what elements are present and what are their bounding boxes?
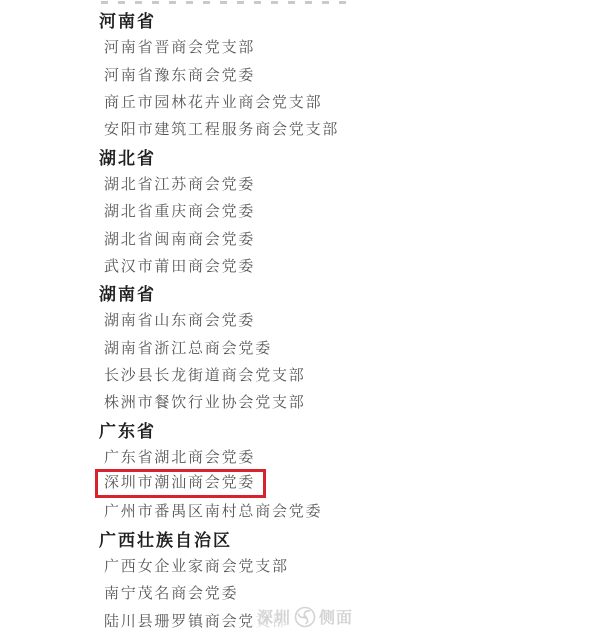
watermark: 深圳 侧面 [252, 603, 358, 630]
entry-text: 株洲市餐饮行业协会党支部 [104, 391, 306, 412]
entry-text: 广西女企业家商会党支部 [104, 555, 289, 576]
list-item: 湖北省重庆商会党委 [99, 197, 600, 224]
entry-text: 长沙县长龙街道商会党支部 [104, 364, 306, 385]
list-item: 深圳市潮汕商会党委 [99, 470, 600, 497]
entry-text: 安阳市建筑工程服务商会党支部 [104, 118, 339, 139]
section-header: 湖北省 [99, 142, 600, 169]
entry-text: 湖北省江苏商会党委 [104, 173, 255, 194]
section-header: 广东省 [99, 415, 600, 442]
entry-text: 河南省豫东商会党委 [104, 64, 255, 85]
section-header: 广西壮族自治区 [99, 525, 600, 552]
entry-text: 湖南省浙江总商会党委 [104, 337, 272, 358]
highlighted-entry: 深圳市潮汕商会党委 [95, 469, 266, 498]
list-item: 湖南省浙江总商会党委 [99, 334, 600, 361]
list-item: 安阳市建筑工程服务商会党支部 [99, 115, 600, 142]
document-page: 河南省河南省晋商会党支部河南省豫东商会党委商丘市园林花卉业商会党支部安阳市建筑工… [0, 0, 600, 636]
list-item: 武汉市莆田商会党委 [99, 252, 600, 279]
list-item: 湖北省闽南商会党委 [99, 224, 600, 251]
list-item: 河南省豫东商会党委 [99, 61, 600, 88]
entry-text: 湖南省山东商会党委 [104, 309, 255, 330]
list-item: 广东省湖北商会党委 [99, 443, 600, 470]
clipped-text-fragment [101, 1, 347, 4]
list-item: 株洲市餐饮行业协会党支部 [99, 388, 600, 415]
entry-text: 武汉市莆田商会党委 [104, 255, 255, 276]
list-item: 长沙县长龙街道商会党支部 [99, 361, 600, 388]
list-item: 湖南省山东商会党委 [99, 306, 600, 333]
list-item: 河南省晋商会党支部 [99, 33, 600, 60]
entry-text: 广东省湖北商会党委 [104, 446, 255, 467]
watermark-right-text: 侧面 [319, 605, 353, 628]
entry-text: 商丘市园林花卉业商会党支部 [104, 91, 322, 112]
list-item: 广州市番禺区南村总商会党委 [99, 497, 600, 524]
section-header: 湖南省 [99, 279, 600, 306]
entry-text: 广州市番禺区南村总商会党委 [104, 500, 322, 521]
entry-text: 河南省晋商会党支部 [104, 36, 255, 57]
entry-text: 湖北省重庆商会党委 [104, 200, 255, 221]
list-item: 商丘市园林花卉业商会党支部 [99, 88, 600, 115]
watermark-left-text: 深圳 [257, 605, 291, 628]
list-item: 湖北省江苏商会党委 [99, 170, 600, 197]
swirl-logo-icon [294, 606, 316, 628]
organization-list: 河南省河南省晋商会党支部河南省豫东商会党委商丘市园林花卉业商会党支部安阳市建筑工… [0, 6, 600, 634]
entry-text: 南宁茂名商会党委 [104, 582, 238, 603]
entry-text: 湖北省闽南商会党委 [104, 228, 255, 249]
list-item: 广西女企业家商会党支部 [99, 552, 600, 579]
section-header: 河南省 [99, 6, 600, 33]
